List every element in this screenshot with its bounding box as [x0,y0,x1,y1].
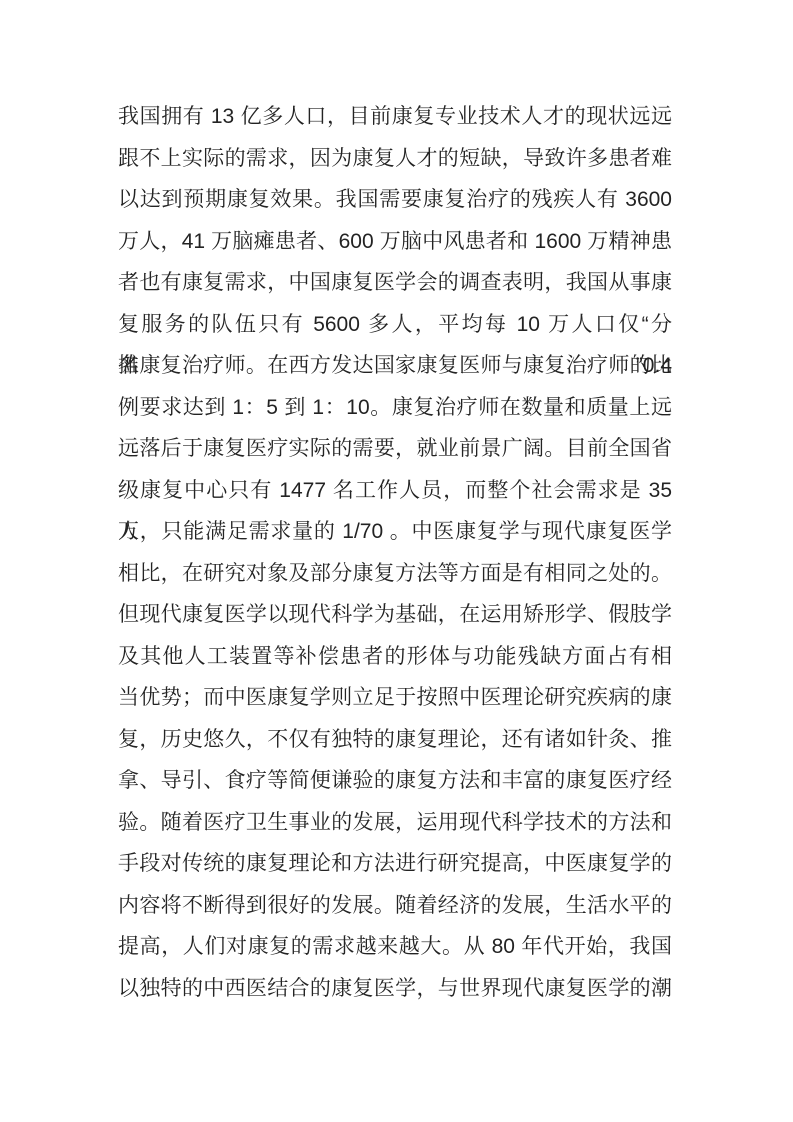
text-line: 相比，在研究对象及部分康复方法等方面是有相同之处的。 [118,553,672,595]
text-line: 复，历史悠久，不仅有独特的康复理论，还有诸如针灸、推 [118,719,672,761]
text-line: 提高，人们对康复的需求越来越大。从 80 年代开始，我国 [118,926,672,968]
text-line: 名康复治疗师。在西方发达国家康复医师与康复治疗师的比 [118,345,672,387]
text-line: 以独特的中西医结合的康复医学，与世界现代康复医学的潮 [118,968,672,1010]
text-line: 当优势；而中医康复学则立足于按照中医理论研究疾病的康 [118,677,672,719]
text-line: 但现代康复医学以现代科学为基础，在运用矫形学、假肢学 [118,594,672,636]
text-line: 例要求达到 1：5 到 1：10。康复治疗师在数量和质量上远 [118,387,672,429]
document-page: 我国拥有 13 亿多人口，目前康复专业技术人才的现状远远跟不上实际的需求，因为康… [0,0,793,1122]
text-line: 级康复中心只有 1477 名工作人员，而整个社会需求是 35 万 [118,470,672,512]
text-line: 我国拥有 13 亿多人口，目前康复专业技术人才的现状远远 [118,96,672,138]
text-line: 验。随着医疗卫生事业的发展，运用现代科学技术的方法和 [118,802,672,844]
text-line: 拿、导引、食疗等简便谦验的康复方法和丰富的康复医疗经 [118,760,672,802]
text-line: 手段对传统的康复理论和方法进行研究提高，中医康复学的 [118,843,672,885]
text-line: 内容将不断得到很好的发展。随着经济的发展，生活水平的 [118,885,672,927]
text-line: 万人，41 万脑瘫患者、600 万脑中风患者和 1600 万精神患 [118,221,672,263]
paragraph: 我国拥有 13 亿多人口，目前康复专业技术人才的现状远远跟不上实际的需求，因为康… [118,96,672,1009]
text-line: 跟不上实际的需求，因为康复人才的短缺，导致许多患者难 [118,138,672,180]
text-line: 者也有康复需求，中国康复医学会的调查表明，我国从事康 [118,262,672,304]
text-line: 以达到预期康复效果。我国需要康复治疗的残疾人有 3600 [118,179,672,221]
text-line: 人，只能满足需求量的 1/70 。中医康复学与现代康复医学 [118,511,672,553]
document-canvas: { "page": { "background_color": "#ffffff… [0,0,793,1122]
text-line: 及其他人工装置等补偿患者的形体与功能残缺方面占有相 [118,636,672,678]
text-line: 远落后于康复医疗实际的需要，就业前景广阔。目前全国省 [118,428,672,470]
text-line: 复服务的队伍只有 5600 多人，平均每 10 万人口仅“分摊”0.4 [118,304,672,346]
